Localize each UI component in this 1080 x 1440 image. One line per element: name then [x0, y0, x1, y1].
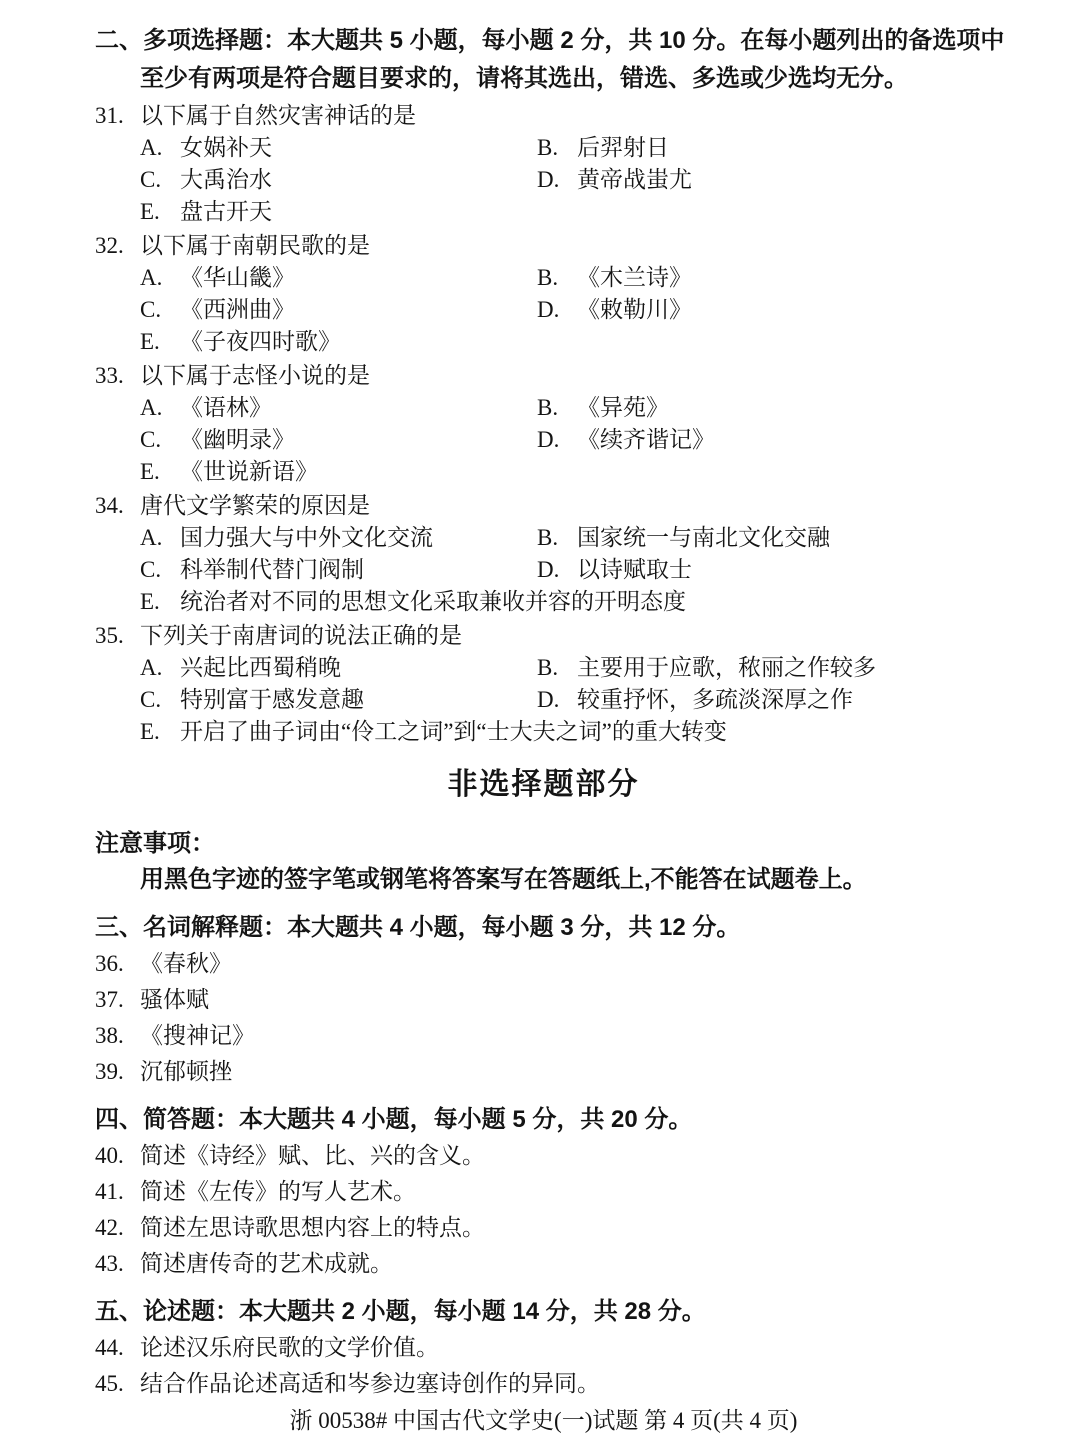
item-number: 36. [95, 946, 140, 982]
option-text: 女娲补天 [180, 132, 272, 164]
option-text: 特别富于感发意趣 [180, 684, 364, 716]
options-35: A.兴起比西蜀稍晚 B.主要用于应歌，秾丽之作较多 C.特别富于感发意趣 D.较… [140, 652, 992, 748]
option-text: 《敕勒川》 [577, 294, 692, 326]
item-text: 《搜神记》 [140, 1018, 255, 1054]
option-text: 《子夜四时歌》 [180, 326, 341, 358]
question-stem: 下列关于南唐词的说法正确的是 [140, 620, 462, 652]
item-text: 论述汉乐府民歌的文学价值。 [140, 1330, 439, 1366]
notice-label: 注意事项： [95, 826, 992, 862]
options-33: A.《语林》 B.《异苑》 C.《幽明录》 D.《续齐谐记》 E.《世说新语》 [140, 392, 992, 488]
mc-heading-line2: 至少有两项是符合题目要求的，请将其选出，错选、多选或少选均无分。 [95, 60, 992, 98]
option-text: 统治者对不同的思想文化采取兼收并容的开明态度 [180, 586, 686, 618]
option-34-b: B.国家统一与南北文化交融 [537, 522, 992, 554]
option-label: C. [140, 294, 180, 326]
mc-section-heading: 二、多项选择题：本大题共 5 小题，每小题 2 分，共 10 分。在每小题列出的… [95, 22, 992, 98]
option-31-a: A.女娲补天 [140, 132, 537, 164]
option-text: 兴起比西蜀稍晚 [180, 652, 341, 684]
options-32: A.《华山畿》 B.《木兰诗》 C.《西洲曲》 D.《敕勒川》 E.《子夜四时歌… [140, 262, 992, 358]
option-text: 后羿射日 [577, 132, 669, 164]
item-43: 43.简述唐传奇的艺术成就。 [95, 1246, 992, 1282]
question-31: 31. 以下属于自然灾害神话的是 A.女娲补天 B.后羿射日 C.大禹治水 D.… [95, 100, 992, 228]
item-44: 44.论述汉乐府民歌的文学价值。 [95, 1330, 992, 1366]
non-choice-part-title: 非选择题部分 [95, 764, 992, 806]
mc-heading-line1: 二、多项选择题：本大题共 5 小题，每小题 2 分，共 10 分。在每小题列出的… [95, 22, 992, 60]
option-label: E. [140, 196, 180, 228]
option-text: 黄帝战蚩尤 [577, 164, 692, 196]
item-39: 39.沉郁顿挫 [95, 1054, 992, 1090]
question-stem: 以下属于志怪小说的是 [140, 360, 370, 392]
question-number: 31. [95, 100, 140, 132]
item-text: 骚体赋 [140, 982, 209, 1018]
item-number: 40. [95, 1138, 140, 1174]
option-text: 《世说新语》 [180, 456, 318, 488]
option-31-e: E.盘古开天 [140, 196, 992, 228]
item-number: 45. [95, 1366, 140, 1402]
item-text: 沉郁顿挫 [140, 1054, 232, 1090]
item-text: 简述《左传》的写人艺术。 [140, 1174, 416, 1210]
item-text: 结合作品论述高适和岑参边塞诗创作的异同。 [140, 1366, 600, 1402]
question-number: 34. [95, 490, 140, 522]
option-label: B. [537, 132, 577, 164]
option-32-d: D.《敕勒川》 [537, 294, 992, 326]
option-31-d: D.黄帝战蚩尤 [537, 164, 992, 196]
option-text: 大禹治水 [180, 164, 272, 196]
option-label: A. [140, 652, 180, 684]
item-text: 简述唐传奇的艺术成就。 [140, 1246, 393, 1282]
option-label: B. [537, 652, 577, 684]
option-32-a: A.《华山畿》 [140, 262, 537, 294]
item-40: 40.简述《诗经》赋、比、兴的含义。 [95, 1138, 992, 1174]
item-number: 43. [95, 1246, 140, 1282]
option-label: D. [537, 424, 577, 456]
option-31-b: B.后羿射日 [537, 132, 992, 164]
option-33-b: B.《异苑》 [537, 392, 992, 424]
option-33-a: A.《语林》 [140, 392, 537, 424]
option-35-e: E.开启了曲子词由“伶工之词”到“士大夫之词”的重大转变 [140, 716, 992, 748]
option-text: 《幽明录》 [180, 424, 295, 456]
option-label: B. [537, 262, 577, 294]
option-text: 盘古开天 [180, 196, 272, 228]
question-stem: 以下属于南朝民歌的是 [140, 230, 370, 262]
option-35-a: A.兴起比西蜀稍晚 [140, 652, 537, 684]
option-label: D. [537, 684, 577, 716]
option-label: E. [140, 326, 180, 358]
option-label: A. [140, 262, 180, 294]
item-41: 41.简述《左传》的写人艺术。 [95, 1174, 992, 1210]
option-label: E. [140, 716, 180, 748]
option-label: D. [537, 294, 577, 326]
exam-page: 二、多项选择题：本大题共 5 小题，每小题 2 分，共 10 分。在每小题列出的… [0, 0, 1080, 1440]
option-label: C. [140, 164, 180, 196]
option-label: A. [140, 522, 180, 554]
item-text: 简述左思诗歌思想内容上的特点。 [140, 1210, 485, 1246]
option-35-b: B.主要用于应歌，秾丽之作较多 [537, 652, 992, 684]
option-text: 《华山畿》 [180, 262, 295, 294]
options-34: A.国力强大与中外文化交流 B.国家统一与南北文化交融 C.科举制代替门阀制 D… [140, 522, 992, 618]
option-text: 主要用于应歌，秾丽之作较多 [577, 652, 876, 684]
option-label: B. [537, 522, 577, 554]
option-34-c: C.科举制代替门阀制 [140, 554, 537, 586]
option-34-a: A.国力强大与中外文化交流 [140, 522, 537, 554]
section-3-heading: 三、名词解释题：本大题共 4 小题，每小题 3 分，共 12 分。 [95, 910, 992, 946]
option-32-b: B.《木兰诗》 [537, 262, 992, 294]
question-34: 34. 唐代文学繁荣的原因是 A.国力强大与中外文化交流 B.国家统一与南北文化… [95, 490, 992, 618]
option-label: E. [140, 456, 180, 488]
option-34-e: E.统治者对不同的思想文化采取兼收并容的开明态度 [140, 586, 992, 618]
option-label: C. [140, 554, 180, 586]
option-label: D. [537, 554, 577, 586]
question-number: 32. [95, 230, 140, 262]
question-number: 35. [95, 620, 140, 652]
option-text: 《语林》 [180, 392, 272, 424]
option-32-c: C.《西洲曲》 [140, 294, 537, 326]
option-35-c: C.特别富于感发意趣 [140, 684, 537, 716]
option-33-c: C.《幽明录》 [140, 424, 537, 456]
option-label: B. [537, 392, 577, 424]
item-42: 42.简述左思诗歌思想内容上的特点。 [95, 1210, 992, 1246]
option-label: A. [140, 132, 180, 164]
option-31-c: C.大禹治水 [140, 164, 537, 196]
question-32: 32. 以下属于南朝民歌的是 A.《华山畿》 B.《木兰诗》 C.《西洲曲》 D… [95, 230, 992, 358]
item-number: 41. [95, 1174, 140, 1210]
section-5-heading: 五、论述题：本大题共 2 小题，每小题 14 分，共 28 分。 [95, 1294, 992, 1330]
item-number: 37. [95, 982, 140, 1018]
option-label: A. [140, 392, 180, 424]
option-label: C. [140, 424, 180, 456]
option-label: C. [140, 684, 180, 716]
option-text: 《木兰诗》 [577, 262, 692, 294]
option-33-d: D.《续齐谐记》 [537, 424, 992, 456]
option-text: 《异苑》 [577, 392, 669, 424]
option-text: 国家统一与南北文化交融 [577, 522, 830, 554]
option-35-d: D.较重抒怀，多疏淡深厚之作 [537, 684, 992, 716]
question-35: 35. 下列关于南唐词的说法正确的是 A.兴起比西蜀稍晚 B.主要用于应歌，秾丽… [95, 620, 992, 748]
option-label: D. [537, 164, 577, 196]
options-31: A.女娲补天 B.后羿射日 C.大禹治水 D.黄帝战蚩尤 E.盘古开天 [140, 132, 992, 228]
question-33: 33. 以下属于志怪小说的是 A.《语林》 B.《异苑》 C.《幽明录》 D.《… [95, 360, 992, 488]
option-text: 开启了曲子词由“伶工之词”到“士大夫之词”的重大转变 [180, 716, 727, 748]
option-text: 科举制代替门阀制 [180, 554, 364, 586]
item-number: 39. [95, 1054, 140, 1090]
option-label: E. [140, 586, 180, 618]
item-number: 42. [95, 1210, 140, 1246]
question-stem: 以下属于自然灾害神话的是 [140, 100, 416, 132]
item-36: 36.《春秋》 [95, 946, 992, 982]
option-32-e: E.《子夜四时歌》 [140, 326, 992, 358]
option-text: 以诗赋取士 [577, 554, 692, 586]
option-text: 《续齐谐记》 [577, 424, 715, 456]
item-number: 44. [95, 1330, 140, 1366]
option-34-d: D.以诗赋取士 [537, 554, 992, 586]
option-text: 较重抒怀，多疏淡深厚之作 [577, 684, 853, 716]
page-footer: 浙 00538# 中国古代文学史(一)试题 第 4 页(共 4 页) [95, 1406, 992, 1436]
question-stem: 唐代文学繁荣的原因是 [140, 490, 370, 522]
item-number: 38. [95, 1018, 140, 1054]
item-45: 45.结合作品论述高适和岑参边塞诗创作的异同。 [95, 1366, 992, 1402]
option-text: 国力强大与中外文化交流 [180, 522, 433, 554]
item-38: 38.《搜神记》 [95, 1018, 992, 1054]
option-33-e: E.《世说新语》 [140, 456, 992, 488]
notice-text: 用黑色字迹的签字笔或钢笔将答案写在答题纸上,不能答在试题卷上。 [95, 862, 992, 898]
option-text: 《西洲曲》 [180, 294, 295, 326]
question-number: 33. [95, 360, 140, 392]
item-37: 37.骚体赋 [95, 982, 992, 1018]
item-text: 简述《诗经》赋、比、兴的含义。 [140, 1138, 485, 1174]
section-4-heading: 四、简答题：本大题共 4 小题，每小题 5 分，共 20 分。 [95, 1102, 992, 1138]
item-text: 《春秋》 [140, 946, 232, 982]
